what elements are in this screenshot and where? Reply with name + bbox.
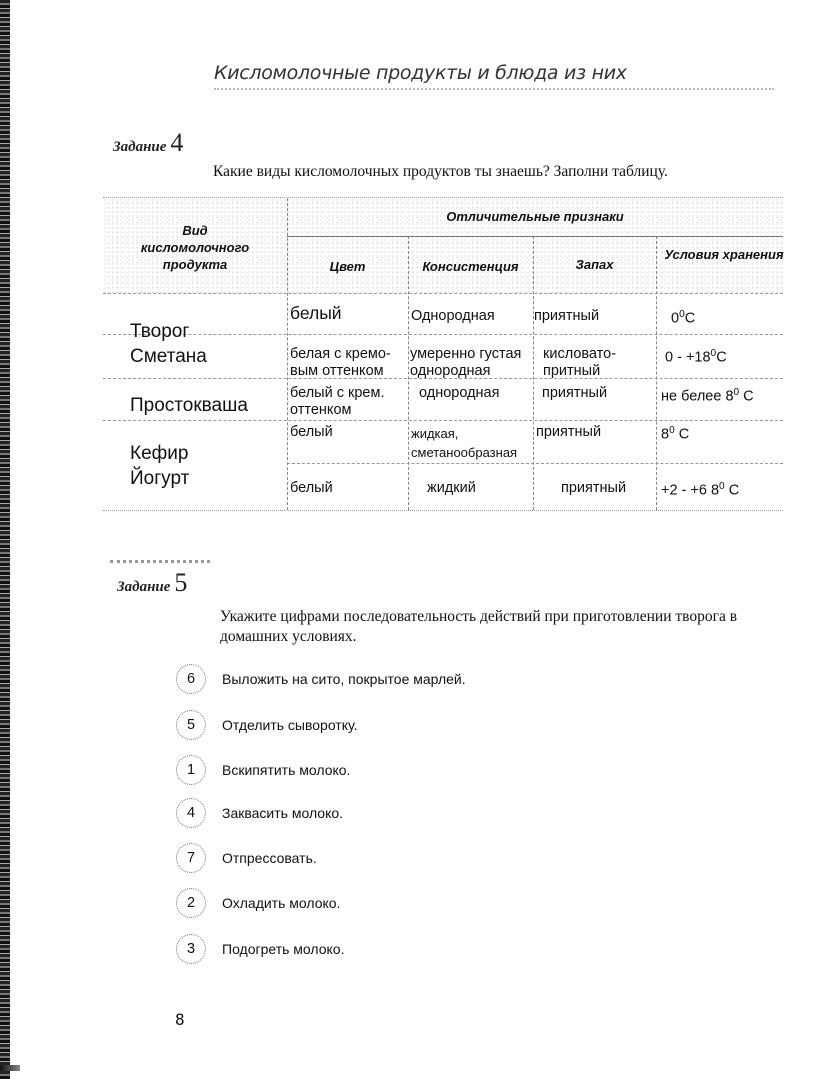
step-item: 1 Вскипятить молоко. [176,755,350,785]
title-rule [214,88,774,90]
col-divider [656,236,657,510]
cell-color: белый [290,480,333,497]
task-5-decoration [110,560,210,568]
cell-consistency: однородная [419,385,499,402]
cell-smell: приятный [534,308,599,325]
task-4-word: Задание [113,139,166,155]
product-name: Сметана [130,346,207,368]
page-number: 8 [175,1010,185,1029]
col-divider [408,236,409,510]
header-storage: Условия хранения [656,246,784,263]
cell-storage: 00С [671,306,695,328]
task-4-number: 4 [170,128,183,157]
cell-smell: кисловато- притный [543,346,653,380]
task-5-word: Задание [117,579,170,595]
header-color: Цвет [287,258,408,275]
cell-smell: приятный [542,385,607,402]
cell-color: белый [290,424,333,441]
step-text: Отделить сыворотку. [222,717,358,733]
storage-suffix: С [716,350,726,366]
row-divider [103,334,783,335]
cell-storage: 0 - +180С [665,345,727,367]
task-5-number: 5 [174,568,187,597]
task-4-prompt: Какие виды кисломолочных продуктов ты зн… [213,162,668,182]
cell-color: белая с кремо- вым оттенком [290,346,408,380]
scan-binding-corner [0,1065,20,1071]
step-item: 2 Охладить молоко. [176,888,340,918]
storage-value: 8 [661,427,669,443]
header-smell: Запах [533,256,656,273]
step-answer-field[interactable]: 4 [176,798,206,828]
header-consistency: Консистенция [408,258,533,275]
task-4-label: Задание4 [113,128,183,158]
product-name: Простокваша [130,395,248,417]
product-name: Творог [130,321,189,343]
cell-storage: +2 - +6 80 С [661,478,739,500]
step-text: Охладить молоко. [222,895,340,911]
cell-smell: приятный [561,480,626,497]
cell-storage: не белее 80 С [661,384,754,406]
step-item: 7 Отпрессовать. [176,843,317,873]
row-divider [103,420,783,421]
step-item: 4 Заквасить молоко. [176,798,343,828]
storage-value: +2 - +6 8 [661,483,719,499]
cell-consistency: умеренно густая однородная [410,346,540,380]
step-answer-field[interactable]: 5 [176,710,206,740]
step-text: Вскипятить молоко. [222,762,350,778]
storage-suffix: С [739,389,754,405]
cell-color: белый с крем. оттенком [290,385,400,419]
step-item: 3 Подогреть молоко. [176,934,344,964]
storage-value: 0 [671,311,679,327]
cell-storage: 80 С [661,422,689,444]
storage-suffix: С [675,427,690,443]
storage-value: 0 - +18 [665,350,711,366]
header-distinguishing-features: Отличительные признаки [287,208,783,225]
group-header-rule [287,236,783,237]
header-line: продукта [103,256,287,273]
cell-consistency: жидкая, сметанообразная [411,424,535,462]
step-text: Заквасить молоко. [222,805,343,821]
task-5-prompt: Укажите цифрами последовательность дейст… [220,607,790,647]
cell-smell: приятный [536,424,601,441]
step-text: Выложить на сито, покрытое марлей. [222,671,466,687]
step-answer-field[interactable]: 7 [176,843,206,873]
scan-binding-edge [0,0,10,1079]
running-title: Кисломолочные продукты и блюда из них [214,62,627,84]
cell-color: белый [290,305,342,322]
step-answer-field[interactable]: 1 [176,755,206,785]
product-name: Йогурт [130,468,189,490]
step-item: 5 Отделить сыворотку. [176,710,358,740]
step-answer-field[interactable]: 3 [176,934,206,964]
cell-consistency: Однородная [411,308,495,325]
storage-suffix: С [685,311,695,327]
row-divider [287,463,783,464]
storage-value: не белее 8 [661,389,734,405]
step-text: Отпрессовать. [222,850,317,866]
cell-consistency: жидкий [427,480,476,497]
row-divider [103,293,783,294]
step-item: 6 Выложить на сито, покрытое марлей. [176,664,466,694]
task-5-label: Задание5 [117,568,187,598]
step-answer-field[interactable]: 6 [176,664,206,694]
product-name: Кефир [130,443,188,465]
dairy-products-table: Вид кисломолочного продукта Отличительны… [103,197,783,511]
header-line: кисломолочного [103,239,287,256]
step-answer-field[interactable]: 2 [176,888,206,918]
step-text: Подогреть молоко. [222,941,344,957]
header-line: Вид [103,222,287,239]
storage-suffix: С [725,483,740,499]
header-product-type: Вид кисломолочного продукта [103,222,287,273]
